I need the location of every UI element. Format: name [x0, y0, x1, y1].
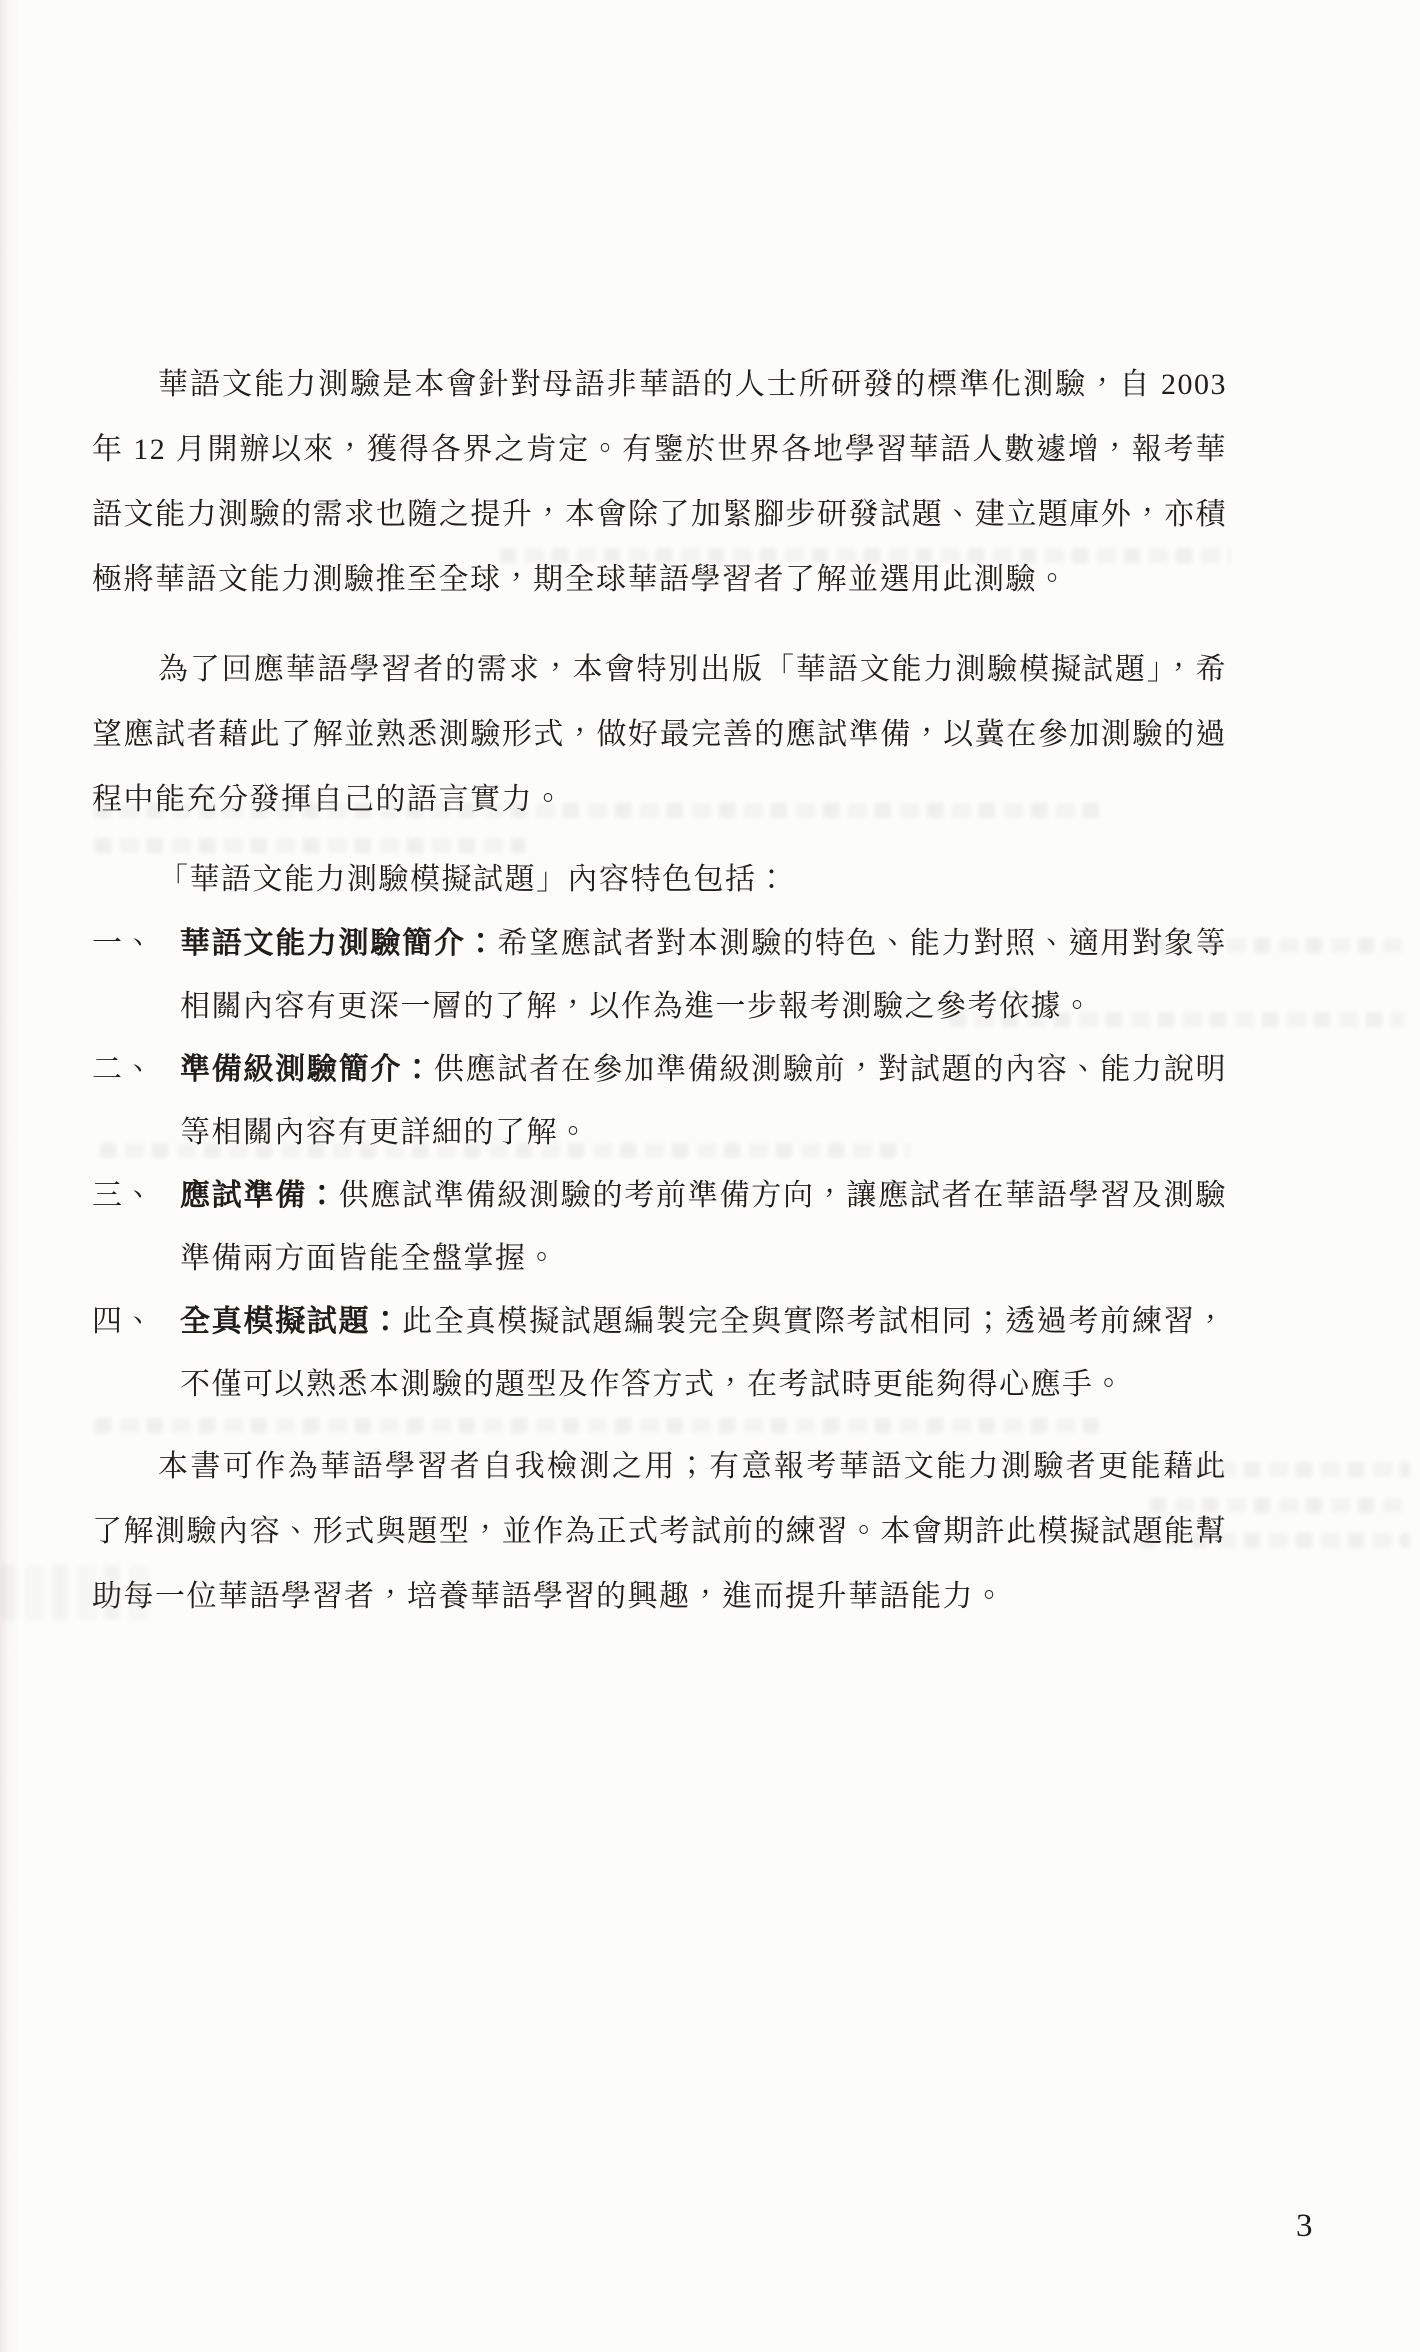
list-item-text: 應試準備：供應試準備級測驗的考前準備方向，讓應試者在華語學習及測驗準備兩方面皆能…: [180, 1164, 1227, 1290]
list-item-title: 應試準備：: [180, 1179, 339, 1212]
list-item-number: 三、: [92, 1164, 180, 1227]
scanned-book-page: { "document": { "paragraphs": { "p1": "華…: [0, 0, 1420, 2352]
list-item-title: 全真模擬試題：: [180, 1305, 402, 1338]
list-item: 三、 應試準備：供應試準備級測驗的考前準備方向，讓應試者在華語學習及測驗準備兩方…: [92, 1164, 1227, 1290]
features-list: 一、 華語文能力測驗簡介：希望應試者對本測驗的特色、能力對照、適用對象等相關內容…: [92, 912, 1227, 1416]
list-item-number: 四、: [92, 1290, 180, 1353]
list-item-text: 華語文能力測驗簡介：希望應試者對本測驗的特色、能力對照、適用對象等相關內容有更深…: [180, 912, 1227, 1038]
list-item: 一、 華語文能力測驗簡介：希望應試者對本測驗的特色、能力對照、適用對象等相關內容…: [92, 912, 1227, 1038]
list-item-text: 全真模擬試題：此全真模擬試題編製完全與實際考試相同；透過考前練習，不僅可以熟悉本…: [180, 1290, 1227, 1416]
list-item: 四、 全真模擬試題：此全真模擬試題編製完全與實際考試相同；透過考前練習，不僅可以…: [92, 1290, 1227, 1416]
paragraph-closing: 本書可作為華語學習者自我檢測之用；有意報考華語文能力測驗者更能藉此了解測驗內容、…: [92, 1434, 1227, 1629]
page-number: 3: [1296, 2206, 1313, 2246]
features-intro-line: 「華語文能力測驗模擬試題」內容特色包括：: [92, 847, 1227, 912]
paragraph-test-introduction: 華語文能力測驗是本會針對母語非華語的人士所研發的標準化測驗，自 2003 年 1…: [92, 352, 1227, 612]
list-item: 二、 準備級測驗簡介：供應試者在參加準備級測驗前，對試題的內容、能力說明等相關內…: [92, 1038, 1227, 1164]
list-item-number: 一、: [92, 912, 180, 975]
list-item-number: 二、: [92, 1038, 180, 1101]
scan-edge-artifact: [0, 0, 20, 2352]
paragraph-publication-purpose: 為了回應華語學習者的需求，本會特別出版「華語文能力測驗模擬試題」，希望應試者藉此…: [92, 637, 1227, 832]
page-body: 華語文能力測驗是本會針對母語非華語的人士所研發的標準化測驗，自 2003 年 1…: [92, 352, 1227, 1629]
list-item-text: 準備級測驗簡介：供應試者在參加準備級測驗前，對試題的內容、能力說明等相關內容有更…: [180, 1038, 1227, 1164]
list-item-title: 華語文能力測驗簡介：: [180, 927, 497, 960]
list-item-title: 準備級測驗簡介：: [180, 1053, 434, 1086]
